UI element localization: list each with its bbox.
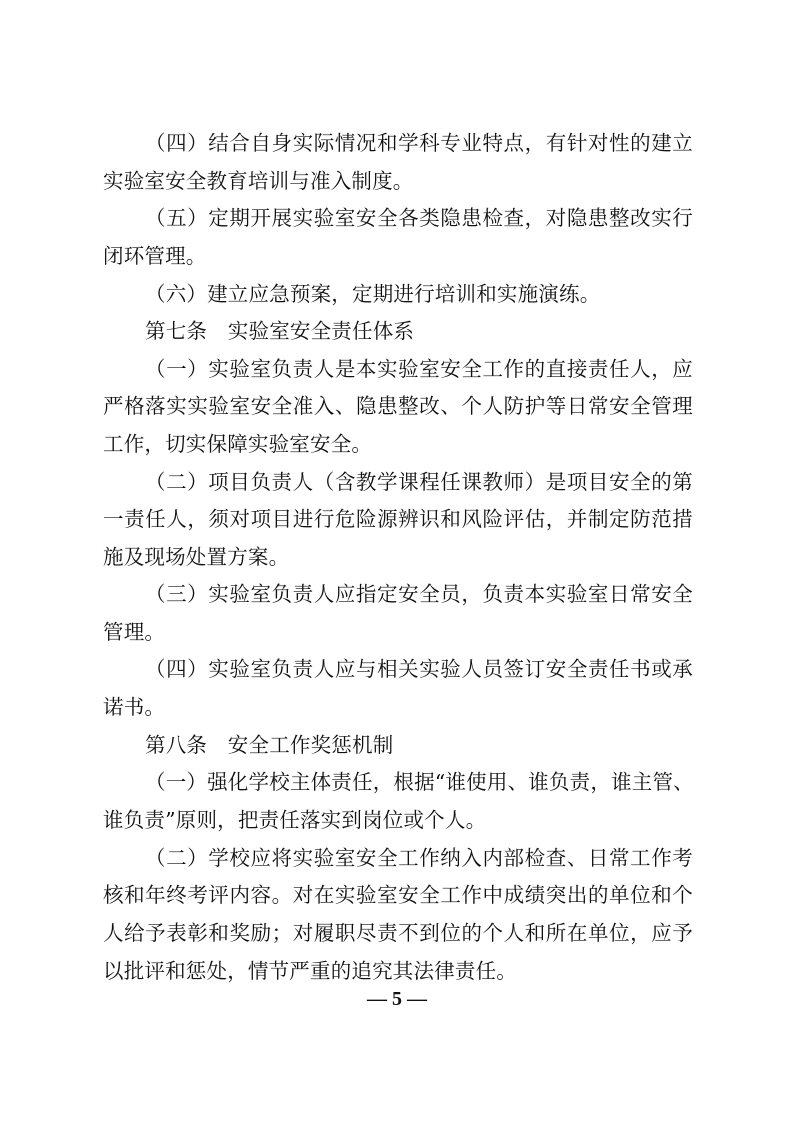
article-heading: 第八条 安全工作奖惩机制 bbox=[145, 726, 735, 764]
article-heading: 第七条 实验室安全责任体系 bbox=[145, 312, 735, 350]
paragraph-line: 实验室安全教育培训与准入制度。 bbox=[103, 162, 693, 200]
paragraph-line: 工作，切实保障实验室安全。 bbox=[103, 425, 693, 463]
paragraph-line: （四）实验室负责人应与相关实验人员签订安全责任书或承 bbox=[145, 650, 693, 688]
paragraph-line: （三）实验室负责人应指定安全员，负责本实验室日常安全 bbox=[145, 575, 693, 613]
page-number: — 5 — bbox=[0, 988, 794, 1011]
paragraph-line: 诺书。 bbox=[103, 688, 693, 726]
paragraph-line: （一）强化学校主体责任，根据“谁使用、谁负责，谁主管、 bbox=[145, 763, 693, 801]
paragraph-line: （二）项目负责人（含教学课程任课教师）是项目安全的第 bbox=[145, 463, 693, 501]
paragraph-line: 核和年终考评内容。对在实验室安全工作中成绩突出的单位和个 bbox=[103, 876, 693, 914]
paragraph-line: 人给予表彰和奖励；对履职尽责不到位的个人和所在单位，应予 bbox=[103, 914, 693, 952]
document-page: （四）结合自身实际情况和学科专业特点，有针对性的建立 实验室安全教育培训与准入制… bbox=[0, 0, 794, 1123]
paragraph-line: （一）实验室负责人是本实验室安全工作的直接责任人，应 bbox=[145, 350, 693, 388]
paragraph-line: 谁负责”原则，把责任落实到岗位或个人。 bbox=[103, 801, 693, 839]
paragraph-line: （五）定期开展实验室安全各类隐患检查，对隐患整改实行 bbox=[145, 199, 693, 237]
paragraph-line: 闭环管理。 bbox=[103, 237, 693, 275]
paragraph-line: （二）学校应将实验室安全工作纳入内部检查、日常工作考 bbox=[145, 839, 693, 877]
paragraph-line: 严格落实实验室安全准入、隐患整改、个人防护等日常安全管理 bbox=[103, 387, 693, 425]
paragraph-line: 以批评和惩处，情节严重的追究其法律责任。 bbox=[103, 952, 693, 990]
paragraph-line: （四）结合自身实际情况和学科专业特点，有针对性的建立 bbox=[145, 124, 693, 162]
paragraph-line: 管理。 bbox=[103, 613, 693, 651]
paragraph-line: 一责任人，须对项目进行危险源辨识和风险评估，并制定防范措 bbox=[103, 500, 693, 538]
paragraph-line: 施及现场处置方案。 bbox=[103, 538, 693, 576]
paragraph-line: （六）建立应急预案，定期进行培训和实施演练。 bbox=[145, 275, 693, 313]
